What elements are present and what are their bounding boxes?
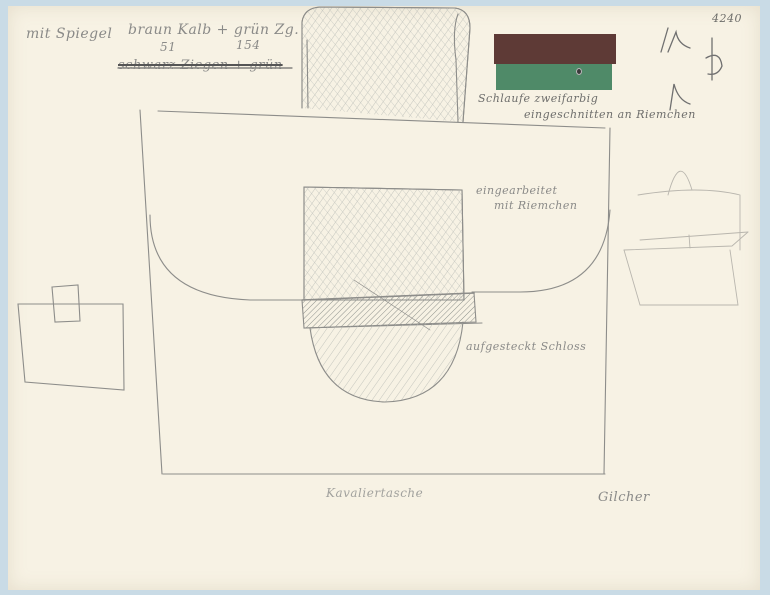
flap-note: aufgesteckt Schloss [466,340,586,353]
flap-sketch [302,187,482,402]
signature: Gilcher [598,490,650,505]
note-mit-spiegel: mit Spiegel [26,26,112,42]
note-colors: braun Kalb + grün Zg. [128,22,299,38]
small-bag-sketch-right [624,171,748,305]
note-num-51: 51 [160,40,176,54]
right-margin-marks [661,28,722,110]
green-leather-swatch [496,64,612,90]
swatch-caption-2: eingeschnitten an Riemchen [524,108,696,121]
catalog-number: 4240 [712,12,742,25]
note-num-154: 154 [236,38,260,52]
swatch-caption-1: Schlaufe zweifarbig [478,92,598,105]
top-handle-sketch [302,7,470,122]
small-bag-sketch-left [18,285,124,390]
note-struck: schwarz Ziegen + grün [118,58,283,73]
inset-note-1: eingearbeitet [476,184,557,197]
rivet-icon [576,68,582,75]
bottom-label: Kavaliertasche [326,486,423,500]
sketch-drawing [0,0,770,595]
inset-note-2: mit Riemchen [494,199,577,212]
brown-leather-swatch [494,34,616,64]
